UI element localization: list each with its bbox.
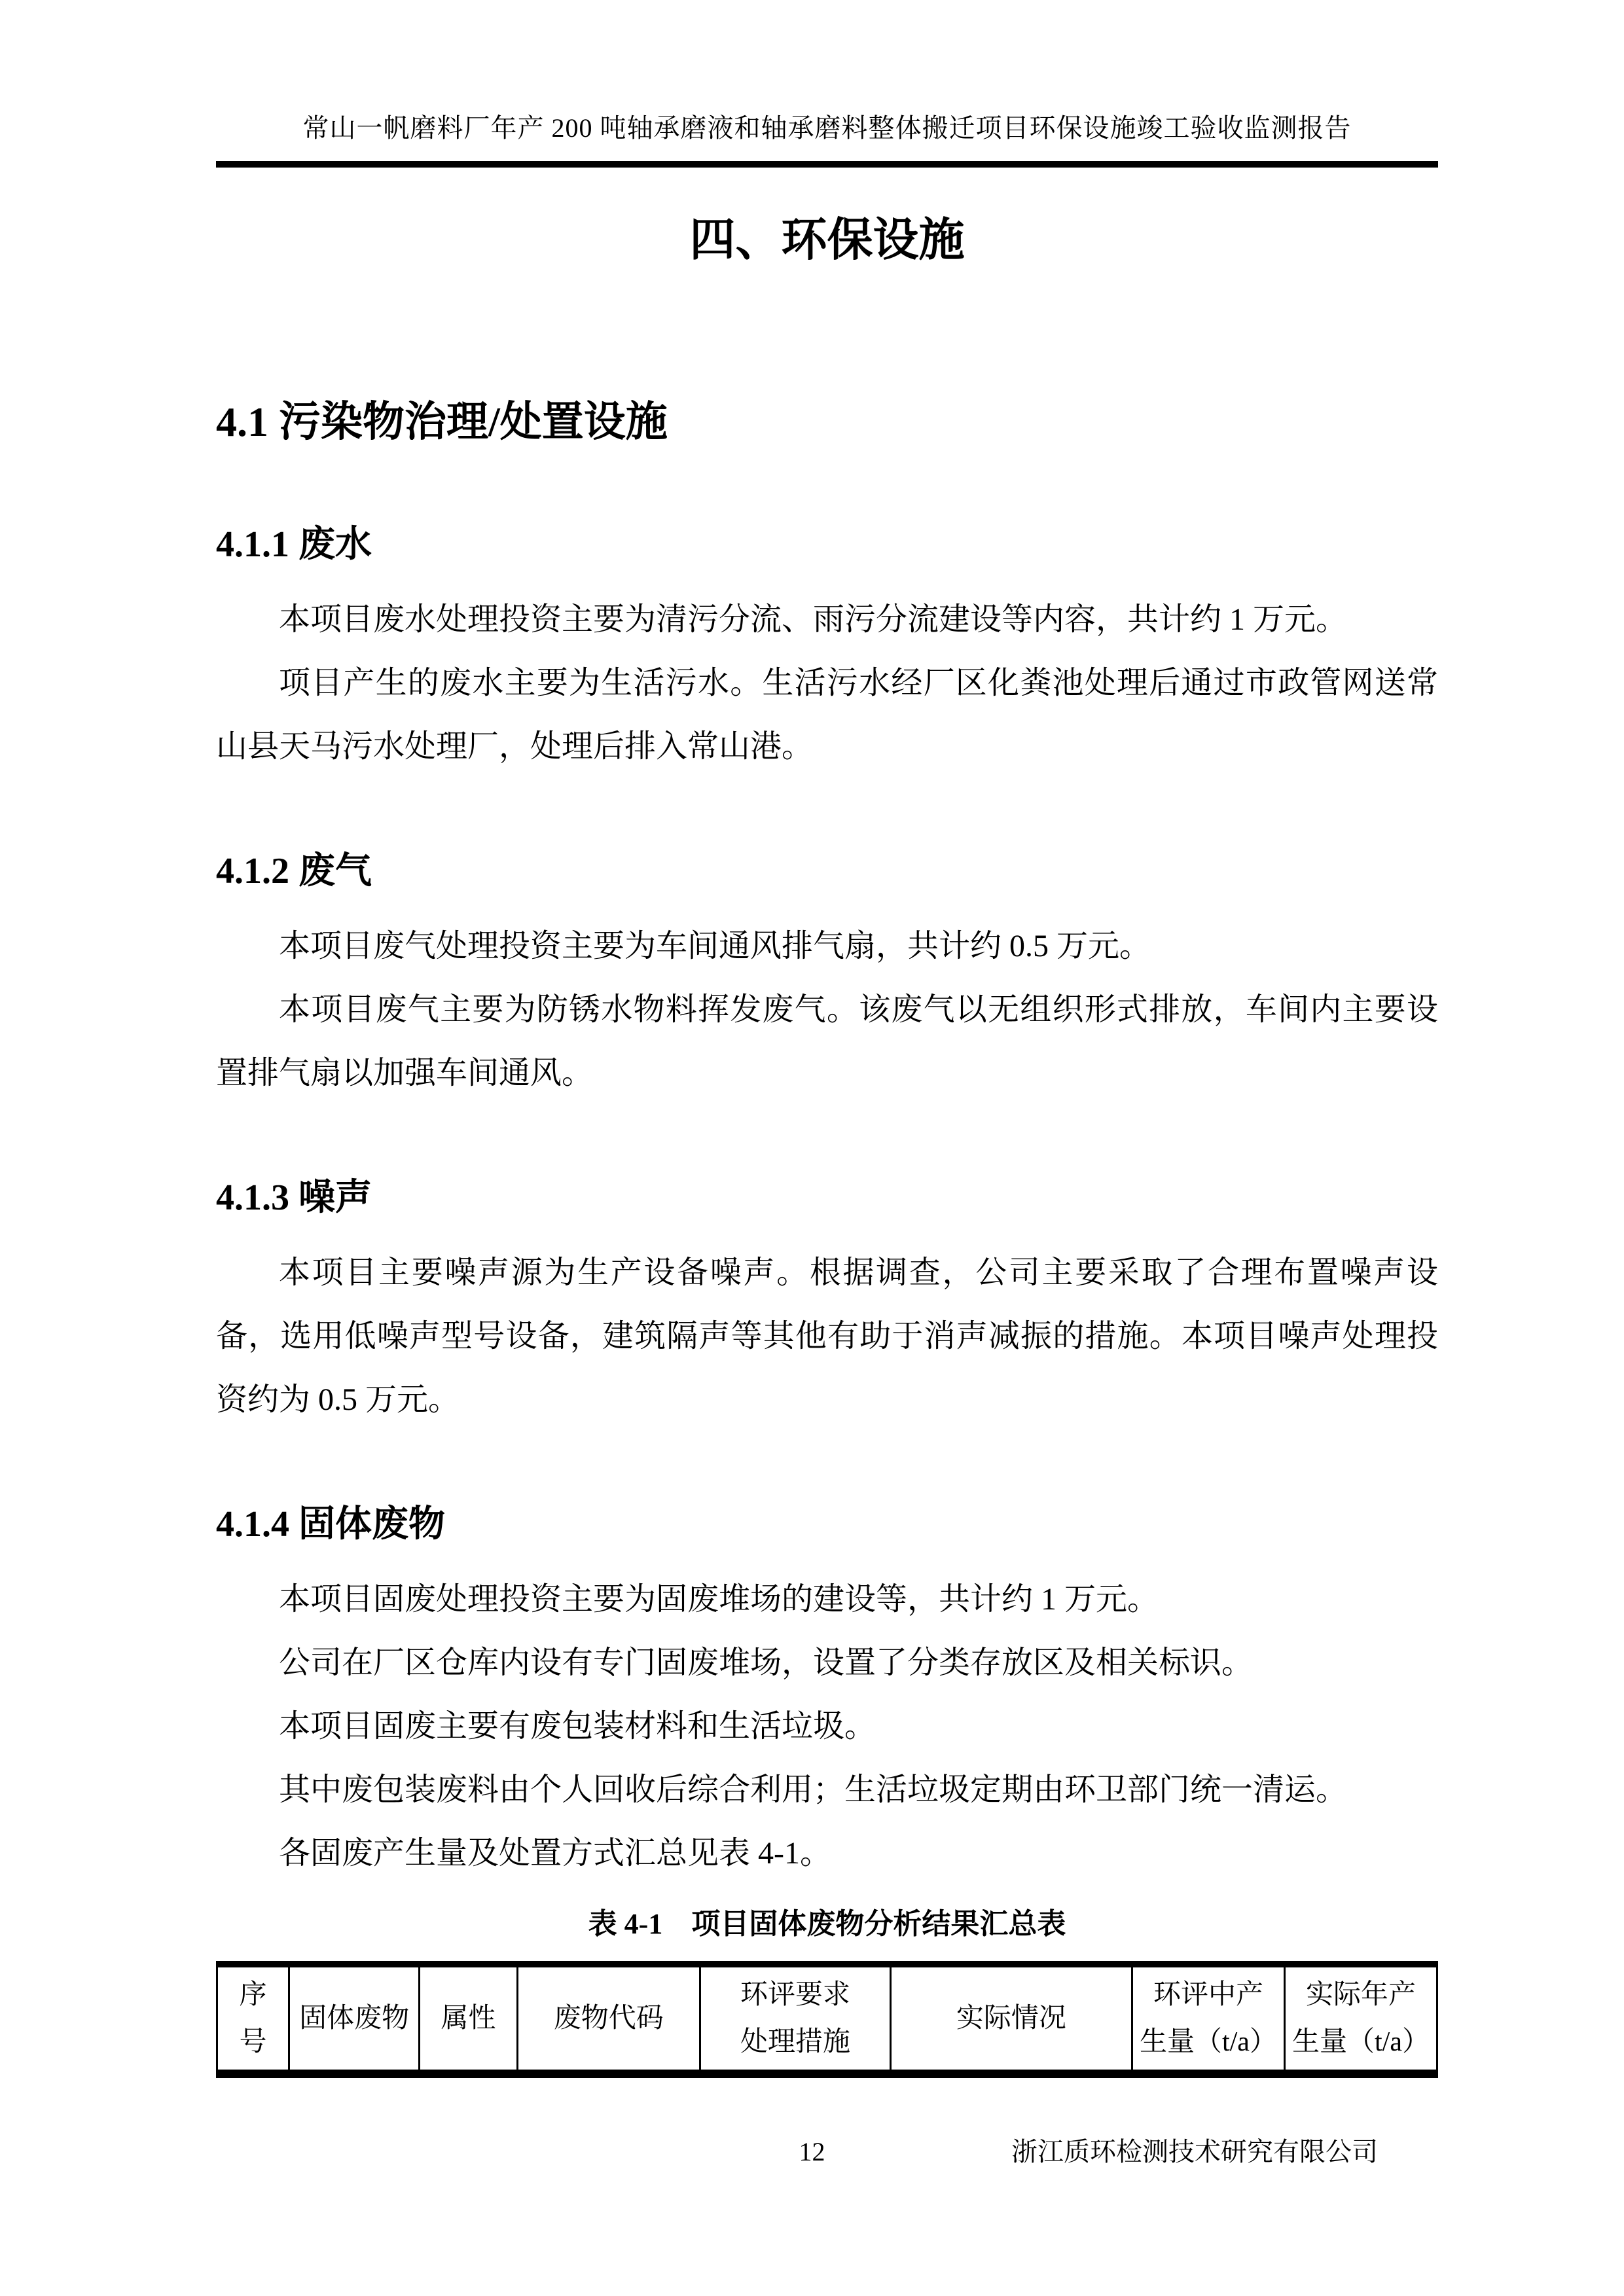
page-number: 12 [0, 2135, 1624, 2169]
solid-waste-table: 序 号 固体废物 属性 废物代码 环评要求 处理措施 实际情况 环评中产 生量（… [216, 1961, 1438, 2078]
table-header-row: 序 号 固体废物 属性 废物代码 环评要求 处理措施 实际情况 环评中产 生量（… [217, 1964, 1437, 2074]
table-header-cell-attribute: 属性 [420, 1964, 517, 2074]
paragraph: 本项目废气处理投资主要为车间通风排气扇，共计约 0.5 万元。 [216, 914, 1438, 978]
table-caption: 表 4-1 项目固体废物分析结果汇总表 [216, 1903, 1438, 1945]
table-header-cell-solid-waste: 固体废物 [289, 1964, 419, 2074]
subsection-heading-4-1-4: 4.1.4 固体废物 [216, 1498, 1438, 1551]
paragraph: 本项目主要噪声源为生产设备噪声。根据调查，公司主要采取了合理布置噪声设备，选用低… [216, 1241, 1438, 1431]
subsection-body-4-1-2: 本项目废气处理投资主要为车间通风排气扇，共计约 0.5 万元。 本项目废气主要为… [216, 914, 1438, 1105]
chapter-title: 四、环保设施 [216, 208, 1438, 274]
subsection-heading-4-1-2: 4.1.2 废气 [216, 845, 1438, 897]
company-name: 浙江质环检测技术研究有限公司 [1011, 2135, 1378, 2169]
section-heading-4-1: 4.1 污染物治理/处置设施 [216, 393, 1438, 452]
page-content: 常山一帆磨料厂年产 200 吨轴承磨液和轴承磨料整体搬迁项目环保设施竣工验收监测… [0, 0, 1624, 2078]
table-header-cell-actual-situation: 实际情况 [890, 1964, 1132, 2074]
table-header-cell-eia-measures: 环评要求 处理措施 [700, 1964, 891, 2074]
subsection-heading-4-1-1: 4.1.1 废水 [216, 518, 1438, 571]
header-rule [216, 161, 1438, 168]
paragraph: 本项目废水处理投资主要为清污分流、雨污分流建设等内容，共计约 1 万元。 [216, 588, 1438, 651]
paragraph: 本项目废气主要为防锈水物料挥发废气。该废气以无组织形式排放，车间内主要设置排气扇… [216, 978, 1438, 1105]
paragraph: 其中废包装废料由个人回收后综合利用；生活垃圾定期由环卫部门统一清运。 [216, 1758, 1438, 1821]
subsection-heading-4-1-3: 4.1.3 噪声 [216, 1172, 1438, 1224]
table-header-cell-actual-output: 实际年产 生量（t/a） [1284, 1964, 1437, 2074]
page-footer: 12 浙江质环检测技术研究有限公司 [0, 2135, 1624, 2169]
subsection-body-4-1-4: 本项目固废处理投资主要为固废堆场的建设等，共计约 1 万元。 公司在厂区仓库内设… [216, 1568, 1438, 1885]
table-header-cell-waste-code: 废物代码 [517, 1964, 700, 2074]
paragraph: 项目产生的废水主要为生活污水。生活污水经厂区化粪池处理后通过市政管网送常山县天马… [216, 651, 1438, 778]
running-header: 常山一帆磨料厂年产 200 吨轴承磨液和轴承磨料整体搬迁项目环保设施竣工验收监测… [216, 0, 1438, 144]
paragraph: 本项目固废主要有废包装材料和生活垃圾。 [216, 1695, 1438, 1758]
table-header-cell-index: 序 号 [217, 1964, 289, 2074]
paragraph: 本项目固废处理投资主要为固废堆场的建设等，共计约 1 万元。 [216, 1568, 1438, 1631]
subsection-body-4-1-1: 本项目废水处理投资主要为清污分流、雨污分流建设等内容，共计约 1 万元。 项目产… [216, 588, 1438, 778]
subsection-body-4-1-3: 本项目主要噪声源为生产设备噪声。根据调查，公司主要采取了合理布置噪声设备，选用低… [216, 1241, 1438, 1431]
paragraph: 公司在厂区仓库内设有专门固废堆场，设置了分类存放区及相关标识。 [216, 1631, 1438, 1695]
document-page: 常山一帆磨料厂年产 200 吨轴承磨液和轴承磨料整体搬迁项目环保设施竣工验收监测… [0, 0, 1624, 2296]
paragraph: 各固废产生量及处置方式汇总见表 4-1。 [216, 1821, 1438, 1885]
table-header-cell-eia-output: 环评中产 生量（t/a） [1132, 1964, 1284, 2074]
